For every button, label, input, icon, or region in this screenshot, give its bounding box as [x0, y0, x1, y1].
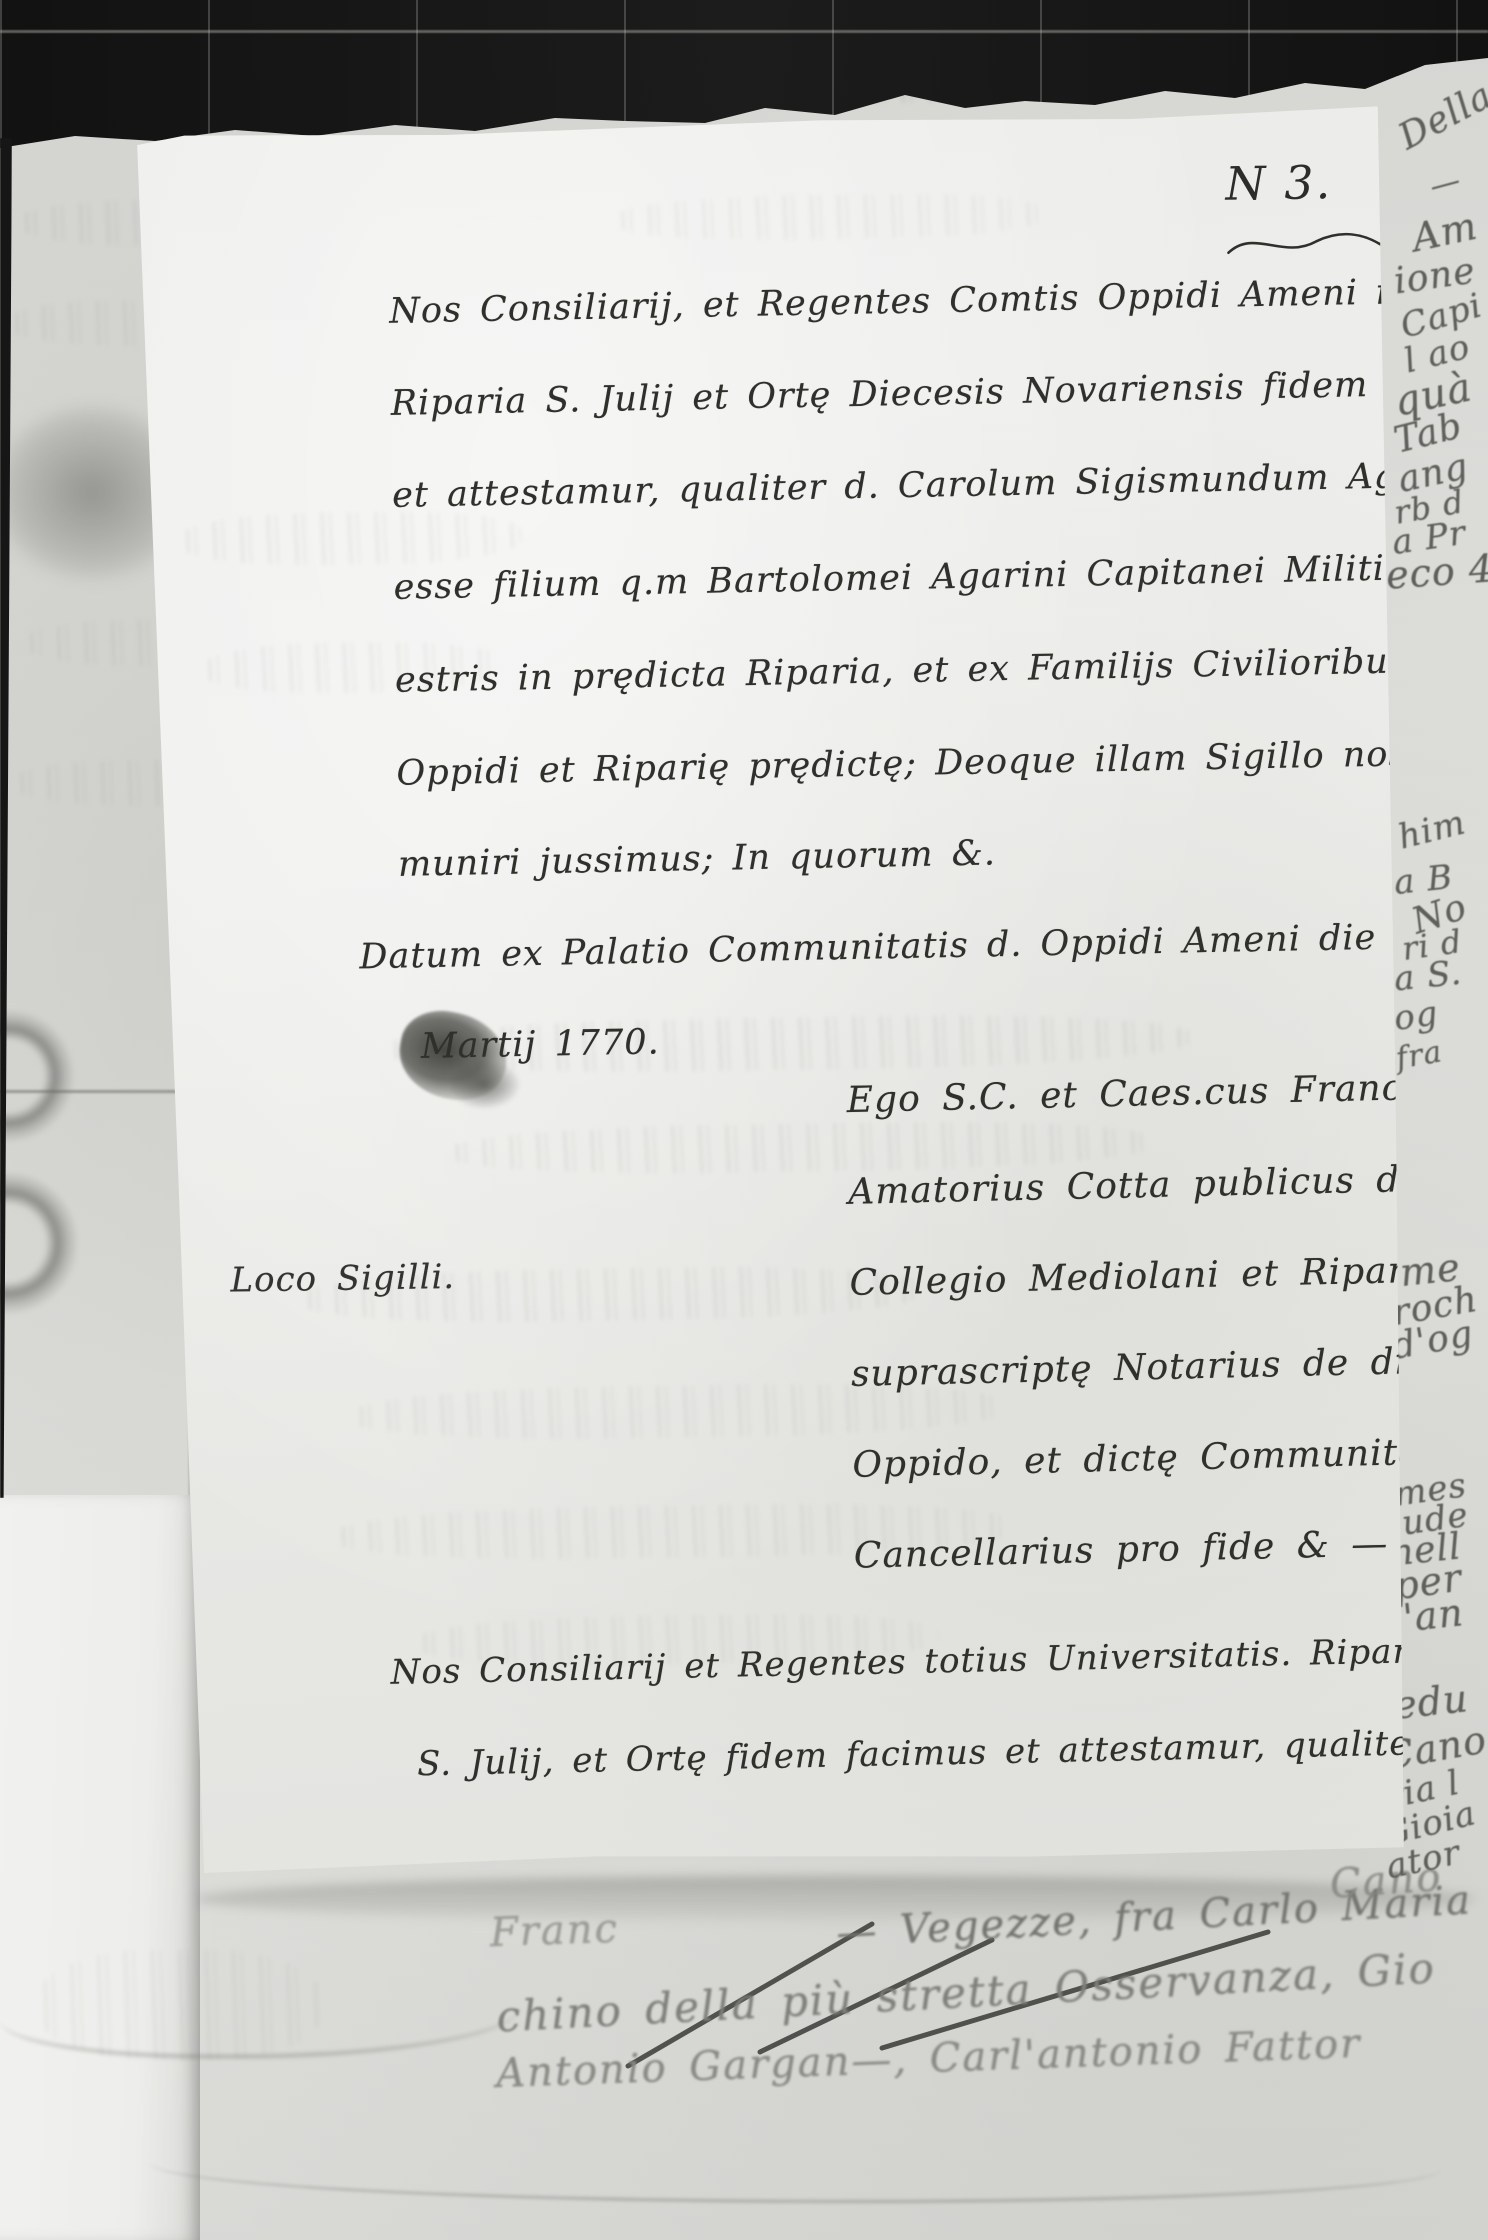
- bleedthrough-marks: [180, 510, 521, 567]
- notary-text-line: Ego S.C. et Caes.cus Franciscus: [846, 1065, 1488, 1121]
- ink-blot: [449, 1060, 520, 1109]
- text-line: muniri jussimus; In quorum &.: [398, 833, 997, 884]
- text-line: S. Julij, et Ortę fidem facimus et attes…: [417, 1723, 1428, 1784]
- adjacent-page-word-fragment: edu: [1392, 1676, 1470, 1728]
- bleedthrough-marks: [40, 1950, 320, 2060]
- notary-text-line: Oppido, et dictę Communitatis: [852, 1431, 1468, 1486]
- folded-corner: [0, 1495, 200, 2240]
- notary-text-line: Collegio Mediolani et Riparię: [849, 1249, 1441, 1303]
- manuscript-page: N 3. Nos Consiliarij, et Regentes Comtis…: [134, 106, 1407, 1873]
- adjacent-page-word-fragment: og: [1391, 993, 1440, 1039]
- text-line: Datum ex Palatio Communitatis d. Oppidi …: [359, 916, 1453, 977]
- text-line: Riparia S. Julij et Ortę Diecesis Novari…: [390, 362, 1488, 424]
- loco-sigilli-note: Loco Sigilli.: [230, 1257, 455, 1301]
- crease: [0, 1090, 200, 1093]
- adjacent-page-word-fragment: eco 4: [1385, 546, 1488, 597]
- text-line: esse filium q.m Bartolomei Agarini Capit…: [393, 546, 1488, 607]
- manuscript-scan: Franc— Vegezze, fra Carlo Mariachino del…: [0, 0, 1488, 2240]
- text-line: Oppidi et Riparię prędictę; Deoque illam…: [396, 733, 1462, 793]
- text-line: Nos Consiliarij, et Regentes Comtis Oppi…: [389, 272, 1412, 332]
- crease: [150, 2130, 1440, 2203]
- page-number: N 3.: [1225, 155, 1333, 211]
- bleedthrough-marks: [616, 192, 1047, 243]
- ring-stain: [0, 1010, 74, 1142]
- text-line: et attestamur, qualiter d. Carolum Sigis…: [392, 454, 1488, 516]
- text-line: estris in prędicta Riparia, et ex Famili…: [395, 639, 1488, 700]
- text-line: Martij 1770.: [420, 1022, 660, 1067]
- backdrop-grid-line: [0, 30, 1488, 33]
- notary-text-line: suprascriptę Notarius de dicto: [851, 1340, 1467, 1395]
- adjacent-page-word-fragment: a S.: [1392, 953, 1464, 1000]
- under-sheet-text-line: Franc: [489, 1906, 619, 1956]
- flourish-swash: [1224, 228, 1405, 265]
- ring-stain: [0, 1172, 78, 1314]
